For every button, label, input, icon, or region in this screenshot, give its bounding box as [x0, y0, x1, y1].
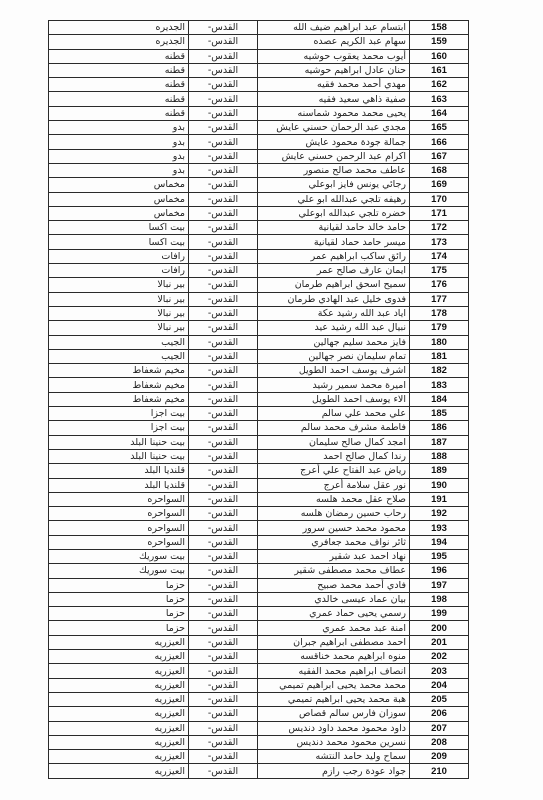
table-row: مخيم شعفاطالقدس-اميرة محمد سمير رشيد183 [49, 378, 469, 392]
city-cell: القدس- [189, 35, 258, 49]
table-row: السواحرهالقدس-ثائر نواف محمد جعافري194 [49, 535, 469, 549]
town-cell: السواحره [49, 521, 189, 535]
table-row: قلنديا البلدالقدس-نور عقل سلامة أعرج190 [49, 478, 469, 492]
town-cell: رافات [49, 264, 189, 278]
city-cell: القدس- [189, 121, 258, 135]
number-cell: 190 [410, 478, 469, 492]
city-cell: القدس- [189, 492, 258, 506]
name-cell: فايز محمد سليم جهالين [258, 335, 410, 349]
town-cell: العيزريه [49, 678, 189, 692]
number-cell: 205 [410, 692, 469, 706]
table-row: العيزريهالقدس-سوزان فارس سالم قصاص206 [49, 707, 469, 721]
city-cell: القدس- [189, 635, 258, 649]
city-cell: القدس- [189, 464, 258, 478]
number-cell: 196 [410, 564, 469, 578]
town-cell: بيت حنينا البلد [49, 435, 189, 449]
town-cell: بيت سوريك [49, 549, 189, 563]
name-cell: هبة محمد يحيى ابراهيم تميمي [258, 692, 410, 706]
town-cell: مخيم شعفاط [49, 392, 189, 406]
table-row: بيت حنينا البلدالقدس-امجد كمال صالح سليم… [49, 435, 469, 449]
name-cell: أيوب محمد يعقوب حوشيه [258, 49, 410, 63]
table-row: الجديرهالقدس-ابتسام عبد ابراهيم ضيف الله… [49, 21, 469, 35]
name-cell: امنة عبد محمد عمري [258, 621, 410, 635]
town-cell: حزما [49, 607, 189, 621]
table-row: بير نبالاالقدس-سميح اسحق ابراهيم طرمان17… [49, 278, 469, 292]
table-row: بير نبالاالقدس-اياد عبد الله رشيد عكة178 [49, 306, 469, 320]
table-row: بيت اكساالقدس-ميسر حامد حماد لقيانية173 [49, 235, 469, 249]
town-cell: بير نبالا [49, 278, 189, 292]
table-row: بيت سوريكالقدس-عطاف محمد مصطفى شقير196 [49, 564, 469, 578]
name-cell: علي محمد علي سالم [258, 407, 410, 421]
name-cell: اكرام عبد الرحمن حسني عايش [258, 149, 410, 163]
name-cell: اياد عبد الله رشيد عكة [258, 306, 410, 320]
city-cell: القدس- [189, 63, 258, 77]
city-cell: القدس- [189, 421, 258, 435]
number-cell: 159 [410, 35, 469, 49]
name-cell: فاطمة مشرف محمد سالم [258, 421, 410, 435]
table-row: مخماسالقدس-رجائي يونس فايز ابوعلي169 [49, 178, 469, 192]
city-cell: القدس- [189, 221, 258, 235]
number-cell: 162 [410, 78, 469, 92]
city-cell: القدس- [189, 478, 258, 492]
table-row: العيزريهالقدس-احمد مصطفى ابراهيم جبران20… [49, 635, 469, 649]
city-cell: القدس- [189, 206, 258, 220]
city-cell: القدس- [189, 364, 258, 378]
town-cell: بير نبالا [49, 321, 189, 335]
town-cell: حزما [49, 621, 189, 635]
name-cell: جمالة جودة محمود عايش [258, 135, 410, 149]
name-cell: خضره تلجي عبدالله ابوعلي [258, 206, 410, 220]
number-cell: 199 [410, 607, 469, 621]
name-cell: محمد محمد يحيى ابراهيم تميمي [258, 678, 410, 692]
table-row: العيزريهالقدس-جواد عودة رجب رازم210 [49, 764, 469, 778]
city-cell: القدس- [189, 335, 258, 349]
number-cell: 169 [410, 178, 469, 192]
number-cell: 171 [410, 206, 469, 220]
name-cell: ابتسام عبد ابراهيم ضيف الله [258, 21, 410, 35]
name-cell: مجدي عبد الرحمان حسني عايش [258, 121, 410, 135]
table-row: بيت حنينا البلدالقدس-رندا كمال صالح احمد… [49, 449, 469, 463]
town-cell: العيزريه [49, 721, 189, 735]
names-table-body: الجديرهالقدس-ابتسام عبد ابراهيم ضيف الله… [49, 21, 469, 779]
number-cell: 178 [410, 306, 469, 320]
table-row: بيت اجزاالقدس-فاطمة مشرف محمد سالم186 [49, 421, 469, 435]
city-cell: القدس- [189, 49, 258, 63]
names-table: الجديرهالقدس-ابتسام عبد ابراهيم ضيف الله… [48, 20, 469, 779]
city-cell: القدس- [189, 764, 258, 778]
city-cell: القدس- [189, 292, 258, 306]
number-cell: 161 [410, 63, 469, 77]
number-cell: 176 [410, 278, 469, 292]
number-cell: 175 [410, 264, 469, 278]
town-cell: بدو [49, 149, 189, 163]
name-cell: منوه ابراهيم محمد خناقسه [258, 650, 410, 664]
name-cell: اشرف يوسف احمد الطويل [258, 364, 410, 378]
table-row: بيت اجزاالقدس-علي محمد علي سالم185 [49, 407, 469, 421]
table-row: رافاتالقدس-ايمان عارف صالح عمر175 [49, 264, 469, 278]
city-cell: القدس- [189, 378, 258, 392]
city-cell: القدس- [189, 149, 258, 163]
town-cell: قطنه [49, 49, 189, 63]
town-cell: العيزريه [49, 650, 189, 664]
table-row: العيزريهالقدس-داود محمود محمد داود دنديس… [49, 721, 469, 735]
name-cell: رندا كمال صالح احمد [258, 449, 410, 463]
town-cell: مخماس [49, 206, 189, 220]
city-cell: القدس- [189, 664, 258, 678]
number-cell: 174 [410, 249, 469, 263]
name-cell: احمد مصطفى ابراهيم جبران [258, 635, 410, 649]
table-row: قطنهالقدس-صفية ذاهي سعيد فقيه163 [49, 92, 469, 106]
city-cell: القدس- [189, 707, 258, 721]
table-row: حزماالقدس-رسمي يحيى حماد عمري199 [49, 607, 469, 621]
name-cell: امجد كمال صالح سليمان [258, 435, 410, 449]
table-row: السواحرهالقدس-صلاح عقل محمد هلسه191 [49, 492, 469, 506]
town-cell: قطنه [49, 92, 189, 106]
city-cell: القدس- [189, 721, 258, 735]
city-cell: القدس- [189, 392, 258, 406]
town-cell: بيت حنينا البلد [49, 449, 189, 463]
table-row: السواحرهالقدس-رحاب حسين رمضان هلسه192 [49, 507, 469, 521]
table-row: مخيم شعفاطالقدس-اشرف يوسف احمد الطويل182 [49, 364, 469, 378]
city-cell: القدس- [189, 564, 258, 578]
table-row: بير نبالاالقدس-نبيال عبد الله رشيد عيد17… [49, 321, 469, 335]
number-cell: 187 [410, 435, 469, 449]
town-cell: بيت اجزا [49, 421, 189, 435]
number-cell: 188 [410, 449, 469, 463]
city-cell: القدس- [189, 249, 258, 263]
town-cell: قطنه [49, 78, 189, 92]
city-cell: القدس- [189, 349, 258, 363]
number-cell: 185 [410, 407, 469, 421]
name-cell: محمود محمد حسين سرور [258, 521, 410, 535]
table-row: مخيم شعفاطالقدس-الاء يوسف احمد الطويل184 [49, 392, 469, 406]
number-cell: 203 [410, 664, 469, 678]
document-page: الجديرهالقدس-ابتسام عبد ابراهيم ضيف الله… [0, 0, 543, 800]
name-cell: ثائر نواف محمد جعافري [258, 535, 410, 549]
town-cell: العيزريه [49, 707, 189, 721]
city-cell: القدس- [189, 21, 258, 35]
number-cell: 167 [410, 149, 469, 163]
table-row: الجيبالقدس-فايز محمد سليم جهالين180 [49, 335, 469, 349]
number-cell: 172 [410, 221, 469, 235]
town-cell: الجديره [49, 35, 189, 49]
town-cell: حزما [49, 578, 189, 592]
name-cell: فادي أحمد محمد صبيح [258, 578, 410, 592]
number-cell: 204 [410, 678, 469, 692]
town-cell: بير نبالا [49, 306, 189, 320]
table-row: العيزريهالقدس-هبة محمد يحيى ابراهيم تميم… [49, 692, 469, 706]
table-row: رافاتالقدس-رائق ساكب ابراهيم عمر174 [49, 249, 469, 263]
town-cell: بدو [49, 163, 189, 177]
town-cell: الجيب [49, 349, 189, 363]
table-row: العيزريهالقدس-محمد محمد يحيى ابراهيم تمي… [49, 678, 469, 692]
number-cell: 206 [410, 707, 469, 721]
name-cell: سميح اسحق ابراهيم طرمان [258, 278, 410, 292]
name-cell: يحيى محمد محمود شماسنه [258, 106, 410, 120]
name-cell: نبيال عبد الله رشيد عيد [258, 321, 410, 335]
city-cell: القدس- [189, 306, 258, 320]
name-cell: سهام عبد الكريم عصده [258, 35, 410, 49]
table-row: حزماالقدس-فادي أحمد محمد صبيح197 [49, 578, 469, 592]
number-cell: 179 [410, 321, 469, 335]
town-cell: مخماس [49, 192, 189, 206]
town-cell: العيزريه [49, 664, 189, 678]
table-row: بدوالقدس-اكرام عبد الرحمن حسني عايش167 [49, 149, 469, 163]
number-cell: 191 [410, 492, 469, 506]
number-cell: 194 [410, 535, 469, 549]
number-cell: 177 [410, 292, 469, 306]
city-cell: القدس- [189, 692, 258, 706]
table-row: قطنهالقدس-مهدي أحمد محمد فقيه162 [49, 78, 469, 92]
name-cell: رسمي يحيى حماد عمري [258, 607, 410, 621]
town-cell: العيزريه [49, 635, 189, 649]
table-row: قلنديا البلدالقدس-رياض عبد الفتاح علي أع… [49, 464, 469, 478]
city-cell: القدس- [189, 192, 258, 206]
table-row: مخماسالقدس-خضره تلجي عبدالله ابوعلي171 [49, 206, 469, 220]
town-cell: بدو [49, 135, 189, 149]
number-cell: 202 [410, 650, 469, 664]
name-cell: سماح وليد حامد النتشه [258, 750, 410, 764]
number-cell: 210 [410, 764, 469, 778]
town-cell: العيزريه [49, 735, 189, 749]
town-cell: العيزريه [49, 764, 189, 778]
number-cell: 209 [410, 750, 469, 764]
number-cell: 158 [410, 21, 469, 35]
number-cell: 182 [410, 364, 469, 378]
name-cell: بيان عماد عيسى خالدي [258, 592, 410, 606]
name-cell: حامد خالد حامد لقيانية [258, 221, 410, 235]
name-cell: الاء يوسف احمد الطويل [258, 392, 410, 406]
city-cell: القدس- [189, 178, 258, 192]
table-row: قطنهالقدس-أيوب محمد يعقوب حوشيه160 [49, 49, 469, 63]
town-cell: العيزريه [49, 692, 189, 706]
name-cell: ميسر حامد حماد لقيانية [258, 235, 410, 249]
name-cell: نسرين محمود محمد دنديس [258, 735, 410, 749]
town-cell: الجيب [49, 335, 189, 349]
table-row: العيزريهالقدس-سماح وليد حامد النتشه209 [49, 750, 469, 764]
city-cell: القدس- [189, 592, 258, 606]
town-cell: بيت سوريك [49, 564, 189, 578]
table-row: قطنهالقدس-حنان عادل ابراهيم حوشيه161 [49, 63, 469, 77]
city-cell: القدس- [189, 521, 258, 535]
name-cell: ايمان عارف صالح عمر [258, 264, 410, 278]
number-cell: 168 [410, 163, 469, 177]
town-cell: السواحره [49, 492, 189, 506]
name-cell: سوزان فارس سالم قصاص [258, 707, 410, 721]
number-cell: 163 [410, 92, 469, 106]
name-cell: تمام سليمان نصر جهالين [258, 349, 410, 363]
table-row: الجيبالقدس-تمام سليمان نصر جهالين181 [49, 349, 469, 363]
town-cell: قطنه [49, 106, 189, 120]
name-cell: داود محمود محمد داود دنديس [258, 721, 410, 735]
table-row: حزماالقدس-امنة عبد محمد عمري200 [49, 621, 469, 635]
town-cell: بيت اكسا [49, 235, 189, 249]
name-cell: مهدي أحمد محمد فقيه [258, 78, 410, 92]
number-cell: 184 [410, 392, 469, 406]
town-cell: بير نبالا [49, 292, 189, 306]
number-cell: 165 [410, 121, 469, 135]
number-cell: 160 [410, 49, 469, 63]
name-cell: انصاف ابراهيم محمد الفقيه [258, 664, 410, 678]
table-row: بيت اكساالقدس-حامد خالد حامد لقيانية172 [49, 221, 469, 235]
city-cell: القدس- [189, 549, 258, 563]
number-cell: 180 [410, 335, 469, 349]
number-cell: 189 [410, 464, 469, 478]
city-cell: القدس- [189, 78, 258, 92]
table-row: بدوالقدس-عاطف محمد صالح منصور168 [49, 163, 469, 177]
number-cell: 193 [410, 521, 469, 535]
name-cell: نور عقل سلامة أعرج [258, 478, 410, 492]
table-row: الجديرهالقدس-سهام عبد الكريم عصده159 [49, 35, 469, 49]
number-cell: 200 [410, 621, 469, 635]
town-cell: مخماس [49, 178, 189, 192]
name-cell: اميرة محمد سمير رشيد [258, 378, 410, 392]
city-cell: القدس- [189, 106, 258, 120]
name-cell: نهاد احمد عبد شقير [258, 549, 410, 563]
city-cell: القدس- [189, 535, 258, 549]
table-row: السواحرهالقدس-محمود محمد حسين سرور193 [49, 521, 469, 535]
city-cell: القدس- [189, 650, 258, 664]
city-cell: القدس- [189, 750, 258, 764]
table-row: بدوالقدس-جمالة جودة محمود عايش166 [49, 135, 469, 149]
city-cell: القدس- [189, 278, 258, 292]
table-row: بير نبالاالقدس-فدوى خليل عبد الهادي طرما… [49, 292, 469, 306]
town-cell: قلنديا البلد [49, 478, 189, 492]
number-cell: 164 [410, 106, 469, 120]
city-cell: القدس- [189, 92, 258, 106]
table-row: قطنهالقدس-يحيى محمد محمود شماسنه164 [49, 106, 469, 120]
name-cell: صفية ذاهي سعيد فقيه [258, 92, 410, 106]
table-row: العيزريهالقدس-منوه ابراهيم محمد خناقسه20… [49, 650, 469, 664]
name-cell: عطاف محمد مصطفى شقير [258, 564, 410, 578]
table-row: حزماالقدس-بيان عماد عيسى خالدي198 [49, 592, 469, 606]
city-cell: القدس- [189, 507, 258, 521]
number-cell: 197 [410, 578, 469, 592]
name-cell: عاطف محمد صالح منصور [258, 163, 410, 177]
number-cell: 208 [410, 735, 469, 749]
city-cell: القدس- [189, 435, 258, 449]
town-cell: مخيم شعفاط [49, 364, 189, 378]
table-row: بيت سوريكالقدس-نهاد احمد عبد شقير195 [49, 549, 469, 563]
number-cell: 207 [410, 721, 469, 735]
table-row: بدوالقدس-مجدي عبد الرحمان حسني عايش165 [49, 121, 469, 135]
city-cell: القدس- [189, 578, 258, 592]
table-row: مخماسالقدس-رهيفه تلجي عبدالله ابو علي170 [49, 192, 469, 206]
number-cell: 201 [410, 635, 469, 649]
name-cell: صلاح عقل محمد هلسه [258, 492, 410, 506]
number-cell: 198 [410, 592, 469, 606]
city-cell: القدس- [189, 321, 258, 335]
number-cell: 166 [410, 135, 469, 149]
number-cell: 181 [410, 349, 469, 363]
town-cell: العيزريه [49, 750, 189, 764]
town-cell: بدو [49, 121, 189, 135]
city-cell: القدس- [189, 407, 258, 421]
town-cell: رافات [49, 249, 189, 263]
name-cell: رياض عبد الفتاح علي أعرج [258, 464, 410, 478]
town-cell: الجديره [49, 21, 189, 35]
town-cell: قلنديا البلد [49, 464, 189, 478]
city-cell: القدس- [189, 264, 258, 278]
number-cell: 186 [410, 421, 469, 435]
name-cell: حنان عادل ابراهيم حوشيه [258, 63, 410, 77]
town-cell: السواحره [49, 507, 189, 521]
number-cell: 173 [410, 235, 469, 249]
city-cell: القدس- [189, 235, 258, 249]
number-cell: 183 [410, 378, 469, 392]
name-cell: جواد عودة رجب رازم [258, 764, 410, 778]
city-cell: القدس- [189, 163, 258, 177]
name-cell: رجائي يونس فايز ابوعلي [258, 178, 410, 192]
name-cell: فدوى خليل عبد الهادي طرمان [258, 292, 410, 306]
town-cell: مخيم شعفاط [49, 378, 189, 392]
city-cell: القدس- [189, 135, 258, 149]
number-cell: 192 [410, 507, 469, 521]
number-cell: 170 [410, 192, 469, 206]
table-row: العيزريهالقدس-نسرين محمود محمد دنديس208 [49, 735, 469, 749]
town-cell: حزما [49, 592, 189, 606]
name-cell: رهيفه تلجي عبدالله ابو علي [258, 192, 410, 206]
number-cell: 195 [410, 549, 469, 563]
town-cell: السواحره [49, 535, 189, 549]
town-cell: قطنه [49, 63, 189, 77]
town-cell: بيت اجزا [49, 407, 189, 421]
city-cell: القدس- [189, 607, 258, 621]
city-cell: القدس- [189, 449, 258, 463]
name-cell: رحاب حسين رمضان هلسه [258, 507, 410, 521]
city-cell: القدس- [189, 621, 258, 635]
city-cell: القدس- [189, 735, 258, 749]
town-cell: بيت اكسا [49, 221, 189, 235]
city-cell: القدس- [189, 678, 258, 692]
name-cell: رائق ساكب ابراهيم عمر [258, 249, 410, 263]
table-row: العيزريهالقدس-انصاف ابراهيم محمد الفقيه2… [49, 664, 469, 678]
